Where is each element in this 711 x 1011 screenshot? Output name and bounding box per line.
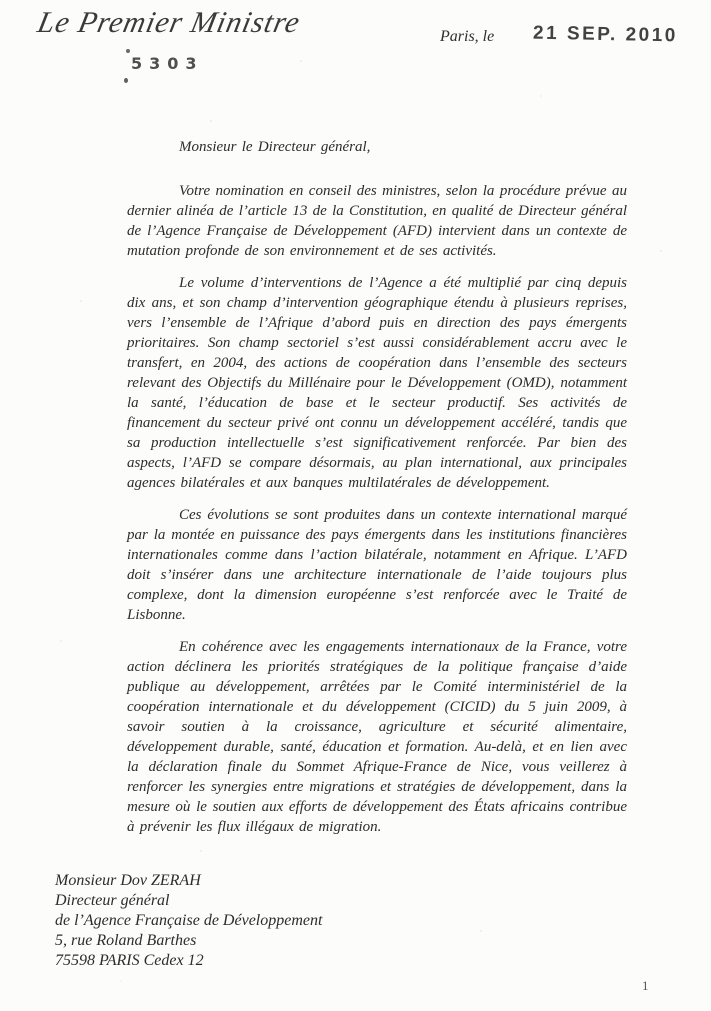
paragraph-4: En cohérence avec les engagements intern… [127, 637, 627, 837]
stamp-artifact-dot [126, 49, 130, 53]
recipient-address-block: Monsieur Dov ZERAH Directeur général de … [55, 871, 322, 971]
stamp-artifact-dot [124, 78, 128, 83]
letterhead-script: Le Premier Ministre [34, 6, 303, 40]
recipient-organization: de l’Agence Française de Développement [55, 911, 322, 931]
letter-page: Le Premier Ministre 5303 Paris, le 21 SE… [0, 0, 711, 1011]
recipient-street: 5, rue Roland Barthes [55, 931, 322, 951]
reference-number-stamp: 5303 [131, 54, 204, 73]
paragraph-1: Votre nomination en conseil des ministre… [127, 181, 627, 261]
place-date-label: Paris, le [440, 28, 494, 46]
salutation: Monsieur le Directeur général, [127, 137, 627, 157]
date-stamp: 21 SEP. 2010 [533, 23, 678, 48]
paragraph-3: Ces évolutions se sont produites dans un… [127, 505, 627, 625]
letter-body: Monsieur le Directeur général, Votre nom… [127, 137, 627, 849]
recipient-name: Monsieur Dov ZERAH [55, 871, 322, 891]
page-number: 1 [642, 978, 649, 994]
scan-noise [0, 0, 2, 2]
recipient-title: Directeur général [55, 891, 322, 911]
recipient-city: 75598 PARIS Cedex 12 [55, 951, 322, 971]
paragraph-2: Le volume d’interventions de l’Agence a … [127, 273, 627, 493]
